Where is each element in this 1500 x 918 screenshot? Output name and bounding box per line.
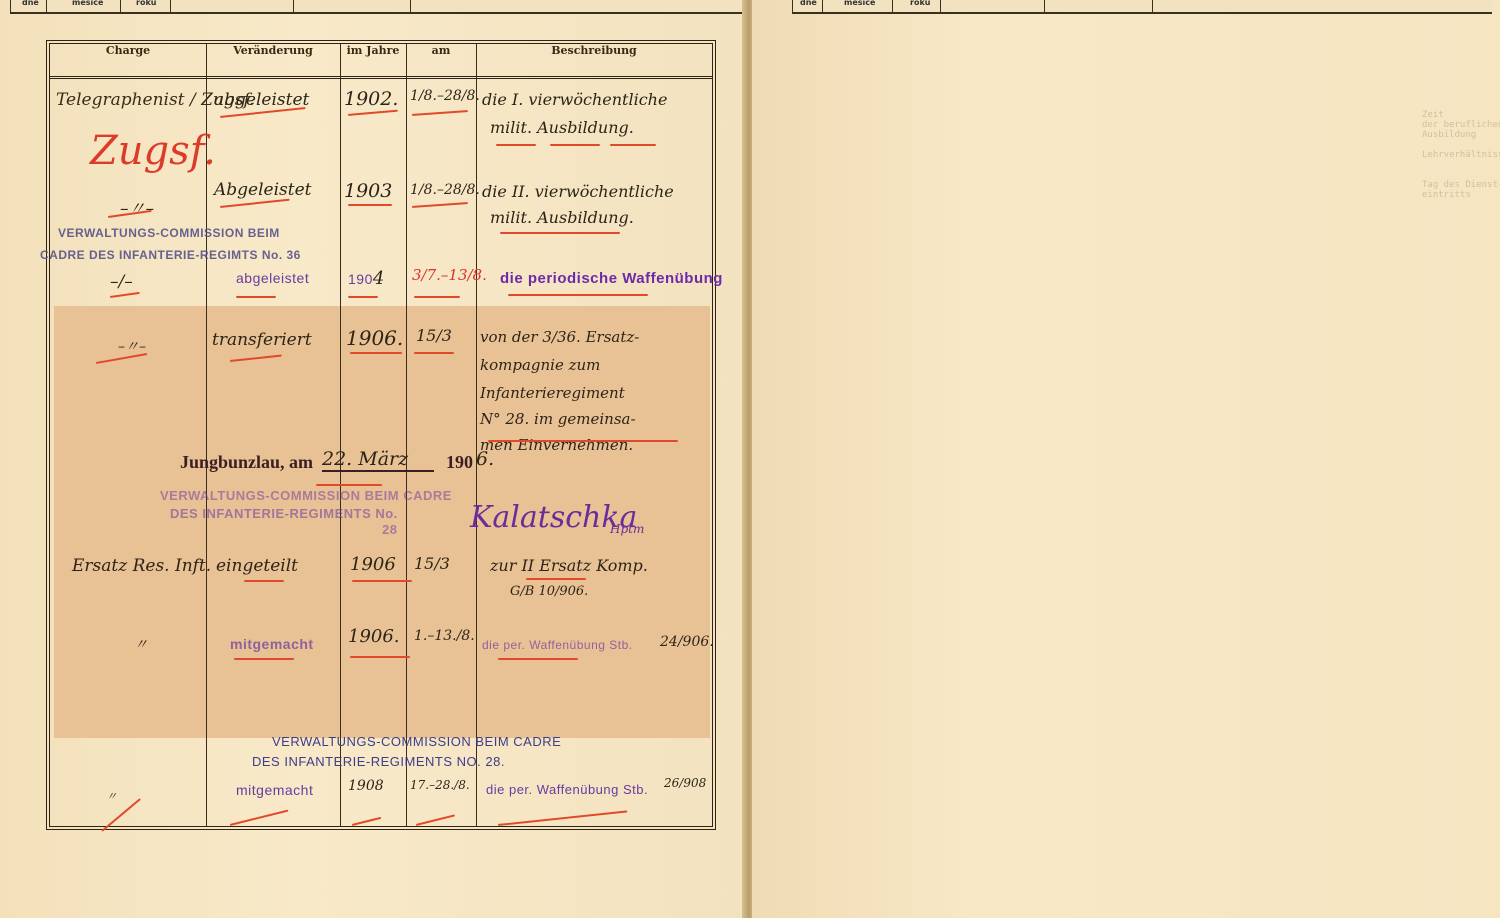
am-cell: 3/7.–13/8. xyxy=(412,266,487,284)
table-header: Charge Veränderung im Jahre am Beschreib… xyxy=(50,44,712,79)
strip-label-month: měsíce xyxy=(72,0,103,7)
veraenderung-cell: mitgemacht xyxy=(236,782,313,798)
strip-label-year: roku xyxy=(910,0,930,7)
am-cell: 15/3 xyxy=(416,326,452,345)
jahr-cell: 1908 xyxy=(348,778,384,794)
beschreibung-ref: 26/908 xyxy=(664,776,706,790)
beschreibung-cell-2: milit. Ausbildung. xyxy=(490,118,634,137)
year-handwritten: 6. xyxy=(476,448,494,470)
jahr-cell: 1903 xyxy=(344,180,392,202)
beschreibung-cell: die per. Waffenübung Stb. xyxy=(482,638,633,652)
beschreibung-cell: die periodische Waffenübung xyxy=(500,270,723,287)
veraenderung-cell: abgeleistet xyxy=(236,270,309,286)
beschreibung-cell-2: milit. Ausbildung. xyxy=(490,208,634,227)
left-page: dne měsíce roku Charge Veränderung im Ja… xyxy=(0,0,752,918)
bleed-through-text: Zeit der beruflichen Ausbildung Lehrverh… xyxy=(1422,110,1500,200)
jahr-cell: 1902. xyxy=(344,88,398,110)
veraenderung-cell: transferiert xyxy=(212,330,312,350)
right-page: dne měsíce roku Zeit der beruflichen Aus… xyxy=(752,0,1500,918)
stamp-line: CADRE DES INFANTERIE-REGIMTS No. 36 xyxy=(40,248,301,262)
veraenderung-cell: mitgemacht xyxy=(230,636,314,652)
veraenderung-cell: abgeleistet xyxy=(214,90,309,110)
charge-cell: Ersatz Res. Inft. xyxy=(72,556,211,576)
red-annotation-zugsf: Zugsf. xyxy=(90,128,216,174)
jahr-cell: 1906. xyxy=(348,626,400,647)
veraenderung-cell: Abgeleistet xyxy=(214,180,311,200)
strip-label-month: měsíce xyxy=(844,0,875,7)
beschreibung-cell: die II. vierwöchentliche xyxy=(482,182,674,201)
charge-cell: 〃 xyxy=(106,788,117,804)
header-im-jahre: im Jahre xyxy=(340,44,406,76)
header-charge: Charge xyxy=(50,44,206,76)
veraenderung-cell: eingeteilt xyxy=(216,556,298,576)
jahr-cell: 1906 xyxy=(350,554,396,575)
stamp-line: VERWALTUNGS-COMMISSION BEIM xyxy=(58,226,280,240)
beschreibung-cell: die per. Waffenübung Stb. xyxy=(486,782,648,797)
am-cell: 1/8.–28/8. xyxy=(410,88,480,104)
am-cell: 1.–13./8. xyxy=(414,628,475,644)
previous-page-strip: dne měsíce roku xyxy=(792,0,1492,14)
signature-rank: Hptm xyxy=(610,522,644,536)
header-beschreibung: Beschreibung xyxy=(476,44,712,76)
strip-label-day: dne xyxy=(22,0,39,7)
date-handwritten: 22. März xyxy=(322,448,434,472)
header-am: am xyxy=(406,44,476,76)
charge-cell: 〃 xyxy=(134,634,148,654)
left-record-table: Charge Veränderung im Jahre am Beschreib… xyxy=(46,40,716,830)
am-cell: 1/8.–28/8. xyxy=(410,182,480,198)
header-veraenderung: Veränderung xyxy=(206,44,340,76)
strip-label-day: dne xyxy=(800,0,817,7)
beschreibung-cell: zur II Ersatz Komp. xyxy=(490,556,648,575)
beschreibung-ref: 24/906. xyxy=(660,634,714,650)
jahr-cell: 1906. xyxy=(346,326,403,350)
previous-page-strip: dne měsíce roku xyxy=(10,0,750,14)
am-cell: 15/3 xyxy=(414,554,450,573)
year-prefix: 190 xyxy=(446,452,473,473)
beschreibung-cell: die I. vierwöchentliche xyxy=(482,90,667,109)
strip-label-year: roku xyxy=(136,0,156,7)
jahr-cell: 1904 xyxy=(348,268,384,289)
beschreibung-cell-2: G/B 10/906. xyxy=(510,584,588,599)
place-label: Jungbunzlau, am xyxy=(180,452,313,473)
charge-cell: –/– xyxy=(110,272,133,292)
am-cell: 17.–28./8. xyxy=(410,778,470,792)
